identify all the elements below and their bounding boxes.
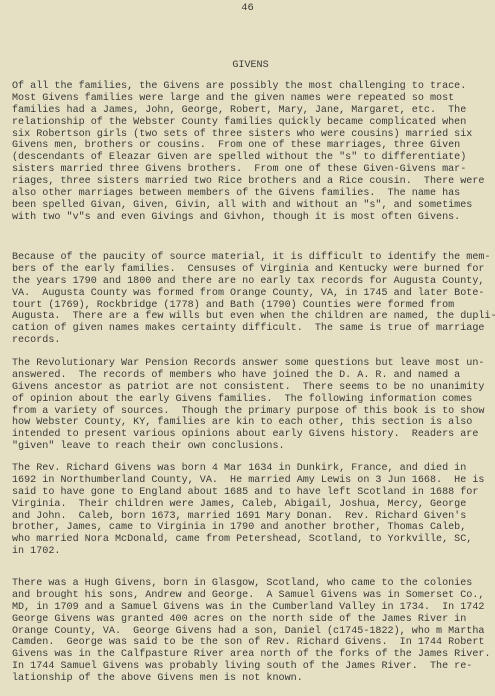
text-line: "given" leave to reach their own conclus… xyxy=(12,441,495,453)
page-title: GIVENS xyxy=(0,60,495,72)
text-line: and John. Caleb, born 1673, married 1691… xyxy=(12,511,495,523)
text-line: been spelled Givan, Given, Givin, all wi… xyxy=(12,200,495,212)
text-line: VA. Augusta County was formed from Orang… xyxy=(12,288,495,300)
text-line: also other marriages between members of … xyxy=(12,188,495,200)
text-line: records. xyxy=(12,335,495,347)
text-line: bers of the early families. Censuses of … xyxy=(12,264,495,276)
text-line: the years 1790 and 1800 and there are no… xyxy=(12,276,495,288)
text-line: lationship of the above Givens men is no… xyxy=(12,673,495,685)
paragraph: There was a Hugh Givens, born in Glasgow… xyxy=(12,578,495,685)
text-line: Givens was in the Calfpasture River area… xyxy=(12,649,495,661)
text-line: relationship of the Webster County famil… xyxy=(12,117,495,129)
text-line: answered. The records of members who hav… xyxy=(12,370,495,382)
text-line: Augusta. There are a few wills but even … xyxy=(12,311,495,323)
text-line: Of all the families, the Givens are poss… xyxy=(12,81,495,93)
text-line: Orange County, VA. George Givens had a s… xyxy=(12,626,495,638)
paragraph: Because of the paucity of source materia… xyxy=(12,252,495,347)
text-line: In 1744 Samuel Givens was probably livin… xyxy=(12,661,495,673)
text-line: sisters married three Givens brothers. F… xyxy=(12,164,495,176)
text-line: of opinion about the early Givens famili… xyxy=(12,394,495,406)
text-line: families had a James, John, George, Robe… xyxy=(12,105,495,117)
paragraph: Of all the families, the Givens are poss… xyxy=(12,81,495,224)
text-line: in 1702. xyxy=(12,546,495,558)
text-line: George Givens was granted 400 acres on t… xyxy=(12,614,495,626)
text-line: Virginia. Their children were James, Cal… xyxy=(12,499,495,511)
text-line: said to have gone to England about 1685 … xyxy=(12,487,495,499)
text-line: The Rev. Richard Givens was born 4 Mar 1… xyxy=(12,463,495,475)
text-line: tourt (1769), Rockbridge (1778) and Bath… xyxy=(12,300,495,312)
text-line: riages, three sisters married two Rice b… xyxy=(12,176,495,188)
paragraph: The Rev. Richard Givens was born 4 Mar 1… xyxy=(12,463,495,558)
text-line: Most Givens families were large and the … xyxy=(12,93,495,105)
text-line: intended to present various opinions abo… xyxy=(12,429,495,441)
text-line: There was a Hugh Givens, born in Glasgow… xyxy=(12,578,495,590)
text-line: who married Nora McDonald, came from Pet… xyxy=(12,534,495,546)
text-line: (descendants of Eleazar Given are spelle… xyxy=(12,152,495,164)
text-line: six Robertson girls (two sets of three s… xyxy=(12,129,495,141)
text-line: Because of the paucity of source materia… xyxy=(12,252,495,264)
text-line: brother, James, came to Virginia in 1790… xyxy=(12,522,495,534)
text-line: cation of given names makes certainty di… xyxy=(12,323,495,335)
text-line: 1692 in Northumberland County, VA. He ma… xyxy=(12,475,495,487)
page-number: 46 xyxy=(0,2,495,14)
text-line: with two "v"s and even Givings and Givho… xyxy=(12,212,495,224)
paragraph: The Revolutionary War Pension Records an… xyxy=(12,358,495,453)
text-line: and brought his sons, Andrew and George.… xyxy=(12,590,495,602)
text-line: Givens men, brothers or cousins. From on… xyxy=(12,140,495,152)
text-line: MD, in 1709 and a Samuel Givens was in t… xyxy=(12,602,495,614)
text-line: how Webster County, KY, families are kin… xyxy=(12,417,495,429)
text-line: Givens ancestor as patriot are not consi… xyxy=(12,382,495,394)
text-line: Camden. George was said to be the son of… xyxy=(12,637,495,649)
text-line: The Revolutionary War Pension Records an… xyxy=(12,358,495,370)
text-line: from a variety of sources. Though the pr… xyxy=(12,406,495,418)
